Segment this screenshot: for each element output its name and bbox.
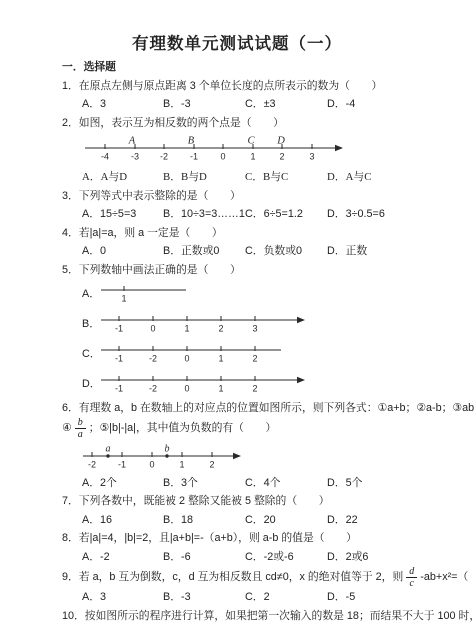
question-8-option-d: D．2或6 — [327, 548, 474, 567]
question-9: 9．若 a，b 互为倒数，c，d 互为相反数且 cd≠0，x 的绝对值等于 2，… — [0, 566, 474, 607]
question-6-option-b: B．3个 — [163, 474, 245, 493]
svg-text:2: 2 — [218, 324, 223, 334]
question-6-options: A．2个 B．3个 C．4个 D．5个 — [82, 474, 474, 493]
question-8-option-a: A．-2 — [82, 548, 163, 567]
question-3-option-a: A．15÷5=3 — [82, 205, 163, 224]
question-3-option-b: B．10÷3=3……1 — [163, 205, 245, 224]
question-4-option-d: D．正数 — [327, 242, 474, 261]
question-1-stem: 1．在原点左侧与原点距离 3 个单位长度的点所表示的数为（ ） — [62, 77, 456, 96]
question-1-options: A．3 B．-3 C．±3 D．-4 — [82, 95, 474, 114]
question-5-option-b-numberline: -10123 — [101, 310, 316, 338]
page-title: 有理数单元测试试题（一） — [0, 0, 474, 58]
question-1-option-d: D．-4 — [327, 95, 474, 114]
question-4-options: A．0 B．正数或0 C．负数或0 D．正数 — [82, 242, 474, 261]
question-4-option-c: C．负数或0 — [245, 242, 327, 261]
question-2-option-b: B．B与D — [163, 168, 245, 187]
svg-text:0: 0 — [150, 324, 155, 334]
question-4-stem: 4．若|a|=a，则 a 一定是（ ） — [62, 224, 456, 243]
question-5-option-a-label: A． — [82, 285, 101, 304]
question-2-option-a: A．A与D — [82, 168, 163, 187]
svg-text:-2: -2 — [149, 384, 157, 394]
question-2-option-d: D．A与C — [327, 168, 474, 187]
question-1-option-b: B．-3 — [163, 95, 245, 114]
question-4-option-a: A．0 — [82, 242, 163, 261]
question-6-stem-line1: 6．有理数 a，b 在数轴上的对应点的位置如图所示，则下列各式：①a+b；②a-… — [62, 399, 456, 418]
question-4: 4．若|a|=a，则 a 一定是（ ） A．0 B．正数或0 C．负数或0 D．… — [0, 224, 474, 261]
question-8-option-b: B．-6 — [163, 548, 245, 567]
question-9-stem: 9．若 a，b 互为倒数，c，d 互为相反数且 cd≠0，x 的绝对值等于 2，… — [62, 566, 456, 588]
question-1-option-a: A．3 — [82, 95, 163, 114]
question-9-option-d: D．-5 — [327, 588, 474, 607]
svg-text:-1: -1 — [115, 324, 123, 334]
question-7-option-d: D．22 — [327, 511, 474, 530]
question-6: 6．有理数 a，b 在数轴上的对应点的位置如图所示，则下列各式：①a+b；②a-… — [0, 399, 474, 492]
question-5-option-d-row: D． -1-2012 — [82, 369, 474, 399]
question-7: 7．下列各数中，既能被 2 整除又能被 5 整除的（ ） A．16 B．18 C… — [0, 492, 474, 529]
question-6-option-a: A．2个 — [82, 474, 163, 493]
test-paper-page: 有理数单元测试试题（一） 一．选择题 1．在原点左侧与原点距离 3 个单位长度的… — [0, 0, 474, 623]
question-6-circled4: ④ — [62, 419, 72, 438]
svg-text:b: b — [165, 443, 170, 454]
svg-text:1: 1 — [218, 384, 223, 394]
svg-text:-2: -2 — [149, 354, 157, 364]
question-5: 5．下列数轴中画法正确的是（ ） A． 1 B． -10123 C． -1-20… — [0, 261, 474, 400]
question-6-fraction-b-over-a: b a — [75, 417, 86, 440]
svg-text:0: 0 — [149, 459, 154, 469]
svg-text:1: 1 — [121, 294, 126, 304]
svg-text:a: a — [106, 443, 111, 454]
question-3: 3．下列等式中表示整除的是（ ） A．15÷5=3 B．10÷3=3……1 C．… — [0, 187, 474, 224]
question-6-stem-line2: ④ b a ；⑤|b|-|a|，其中值为负数的有（ ） — [62, 418, 456, 440]
svg-text:-3: -3 — [131, 152, 139, 162]
question-5-option-d-numberline: -1-2012 — [101, 370, 316, 398]
svg-text:1: 1 — [179, 459, 184, 469]
question-2-numberline-diagram: -4-3-2-10123ABCD — [85, 132, 355, 168]
question-7-options: A．16 B．18 C．20 D．22 — [82, 511, 474, 530]
svg-text:-1: -1 — [118, 459, 126, 469]
svg-text:2: 2 — [252, 384, 257, 394]
svg-text:3: 3 — [309, 152, 314, 162]
question-7-option-c: C．20 — [245, 511, 327, 530]
svg-text:2: 2 — [209, 459, 214, 469]
question-7-stem: 7．下列各数中，既能被 2 整除又能被 5 整除的（ ） — [62, 492, 456, 511]
question-5-option-c-row: C． -1-2012 — [82, 339, 474, 369]
svg-text:B: B — [188, 136, 195, 147]
fraction-numerator: d — [406, 566, 417, 578]
svg-text:1: 1 — [250, 152, 255, 162]
fraction-numerator: b — [75, 417, 86, 429]
svg-text:3: 3 — [252, 324, 257, 334]
question-2-stem: 2．如图，表示互为相反数的两个点是（ ） — [62, 114, 456, 133]
svg-text:0: 0 — [184, 354, 189, 364]
question-6-option-d: D．5个 — [327, 474, 474, 493]
question-6-option-c: C．4个 — [245, 474, 327, 493]
question-10: 10．按如图所示的程序进行计算，如果把第一次输入的数是 18；而结果不大于 10… — [0, 607, 474, 623]
question-6-numberline-diagram: -2-1012ab — [83, 440, 248, 474]
question-9-option-b: B．-3 — [163, 588, 245, 607]
question-5-option-b-label: B． — [82, 315, 101, 334]
question-9-stem-lead: 9．若 a，b 互为倒数，c，d 互为相反数且 cd≠0，x 的绝对值等于 2，… — [62, 568, 403, 587]
question-5-option-a-row: A． 1 — [82, 279, 474, 309]
question-8-options: A．-2 B．-6 C．-2或-6 D．2或6 — [82, 548, 474, 567]
question-5-stem: 5．下列数轴中画法正确的是（ ） — [62, 261, 456, 280]
question-3-option-d: D．3÷0.5=6 — [327, 205, 474, 224]
section-heading: 一．选择题 — [62, 58, 474, 77]
svg-text:-1: -1 — [190, 152, 198, 162]
question-3-options: A．15÷5=3 B．10÷3=3……1 C．6÷5=1.2 D．3÷0.5=6 — [82, 205, 474, 224]
svg-text:C: C — [247, 136, 255, 147]
question-5-option-c-label: C． — [82, 345, 101, 364]
question-9-fraction-d-over-c: d c — [406, 566, 417, 589]
svg-text:0: 0 — [184, 384, 189, 394]
svg-text:0: 0 — [220, 152, 225, 162]
svg-text:2: 2 — [252, 354, 257, 364]
question-9-option-a: A．3 — [82, 588, 163, 607]
svg-text:-1: -1 — [115, 354, 123, 364]
svg-text:-1: -1 — [115, 384, 123, 394]
question-9-stem-rest: -ab+x²=（ ） — [420, 568, 474, 587]
question-9-options: A．3 B．-3 C．2 D．-5 — [82, 588, 474, 607]
svg-text:1: 1 — [184, 324, 189, 334]
question-1: 1．在原点左侧与原点距离 3 个单位长度的点所表示的数为（ ） A．3 B．-3… — [0, 77, 474, 114]
question-4-option-b: B．正数或0 — [163, 242, 245, 261]
question-2-option-c: C．B与C — [245, 168, 327, 187]
svg-text:2: 2 — [279, 152, 284, 162]
fraction-denominator: a — [75, 429, 86, 440]
question-7-option-a: A．16 — [82, 511, 163, 530]
svg-text:-2: -2 — [88, 459, 96, 469]
question-5-option-c-numberline: -1-2012 — [101, 340, 316, 368]
question-10-stem: 10．按如图所示的程序进行计算，如果把第一次输入的数是 18；而结果不大于 10… — [62, 607, 456, 623]
fraction-denominator: c — [406, 578, 417, 589]
question-5-option-d-label: D． — [82, 375, 101, 394]
svg-text:A: A — [128, 136, 136, 147]
question-8: 8．若|a|=4，|b|=2，且|a+b|=-（a+b），则 a-b 的值是（ … — [0, 529, 474, 566]
question-1-option-c: C．±3 — [245, 95, 327, 114]
question-5-option-a-numberline: 1 — [101, 280, 201, 308]
question-8-option-c: C．-2或-6 — [245, 548, 327, 567]
question-3-stem: 3．下列等式中表示整除的是（ ） — [62, 187, 456, 206]
question-7-option-b: B．18 — [163, 511, 245, 530]
question-3-option-c: C．6÷5=1.2 — [245, 205, 327, 224]
question-6-stem-rest: ；⑤|b|-|a|，其中值为负数的有（ ） — [89, 419, 277, 438]
svg-text:-4: -4 — [101, 152, 109, 162]
question-8-stem: 8．若|a|=4，|b|=2，且|a+b|=-（a+b），则 a-b 的值是（ … — [62, 529, 456, 548]
question-2-options: A．A与D B．B与D C．B与C D．A与C — [82, 168, 474, 187]
question-5-option-b-row: B． -10123 — [82, 309, 474, 339]
question-2: 2．如图，表示互为相反数的两个点是（ ） -4-3-2-10123ABCD A．… — [0, 114, 474, 187]
svg-text:D: D — [276, 136, 285, 147]
question-9-option-c: C．2 — [245, 588, 327, 607]
svg-text:-2: -2 — [160, 152, 168, 162]
svg-text:1: 1 — [218, 354, 223, 364]
